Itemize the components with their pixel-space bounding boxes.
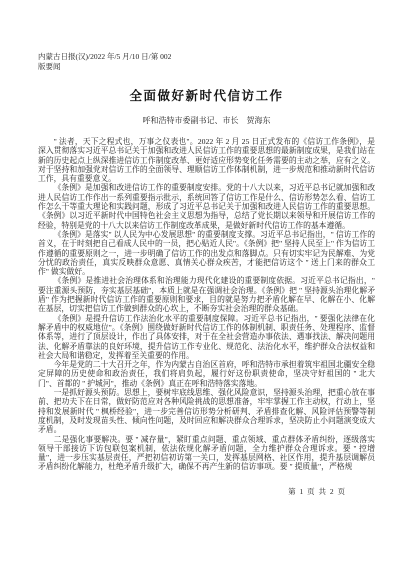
article-paragraph: 《条例》是推进社会治理体系和治理能力现代化建设的重要制度依据。习近平总书记指出，… <box>38 276 375 313</box>
publication-info-line-2: 版要闻 <box>38 62 375 72</box>
article-paragraph: 今年是党的二十大召开之年，作为内蒙古自治区首府，呼和浩特市承担着筑牢祖国北疆安全… <box>38 360 375 388</box>
document-page: 内蒙古日报(汉)/2022 年/5 月/10 日/第 002 版要闻 全面做好新… <box>0 0 410 580</box>
article-byline: 呼和浩特市委副书记、市长 贺海东 <box>38 115 375 126</box>
article-paragraph: " 法者，天下之程式也，万事之仪表也"。2022 年 2 月 25 日正式发布的… <box>38 137 375 183</box>
article-paragraph: 《条例》是落实" 以人民为中心发展思想" 的重要制度支撑。习近平总书记指出，" … <box>38 230 375 276</box>
article-title: 全面做好新时代信访工作 <box>38 86 375 104</box>
article-paragraph: 《条例》是加强和改进信访工作的重要制度安排。党的十八大以来，习近平总书记就加强和… <box>38 183 375 229</box>
publication-info: 内蒙古日报(汉)/2022 年/5 月/10 日/第 002 版要闻 <box>38 52 375 72</box>
article-paragraph: 《条例》是提升信访工作法治化水平的重要制度保障。习近平总书记指出，" 要强化法律… <box>38 314 375 360</box>
article-body: " 法者，天下之程式也，万事之仪表也"。2022 年 2 月 25 日正式发布的… <box>38 137 375 472</box>
article-paragraph: 二是强化事要解决。要 " 减存量"，紧盯重点问题、重点领域、重点群体矛盾纠纷，逐… <box>38 435 375 472</box>
page-number: 第 1 页 共 2 页 <box>288 486 346 497</box>
article-paragraph: 一是抓好源头预防。思想上，要树牢底线思维、强化风险意识，坚持源头治理，把重心放在… <box>38 388 375 434</box>
publication-info-line-1: 内蒙古日报(汉)/2022 年/5 月/10 日/第 002 <box>38 52 375 62</box>
